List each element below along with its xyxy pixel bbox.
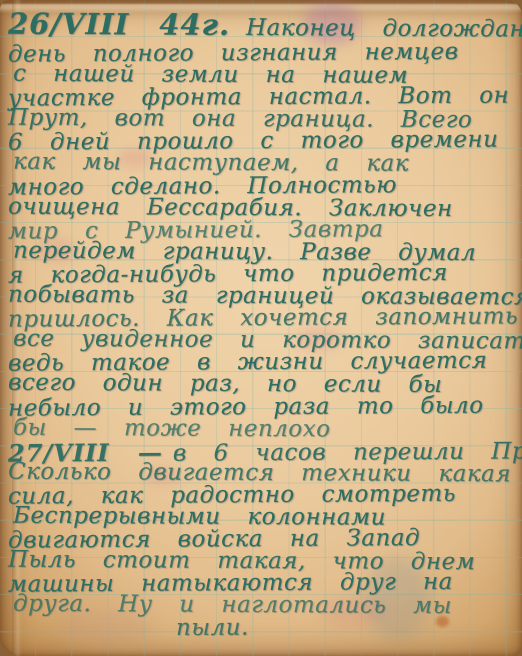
line-text: пыли. xyxy=(176,615,249,641)
entry-date: 26/VIII 44г. xyxy=(8,7,230,42)
diary-scan: 26/VIII 44г.Наконец долгожданный день по… xyxy=(0,0,522,656)
notebook-page: 26/VIII 44г.Наконец долгожданный день по… xyxy=(0,0,522,656)
handwritten-text: 26/VIII 44г.Наконец долгожданный день по… xyxy=(8,10,522,656)
handwritten-line: друга. Ну и наглотались мы xyxy=(13,593,522,618)
handwritten-line: пыли. xyxy=(176,615,522,639)
